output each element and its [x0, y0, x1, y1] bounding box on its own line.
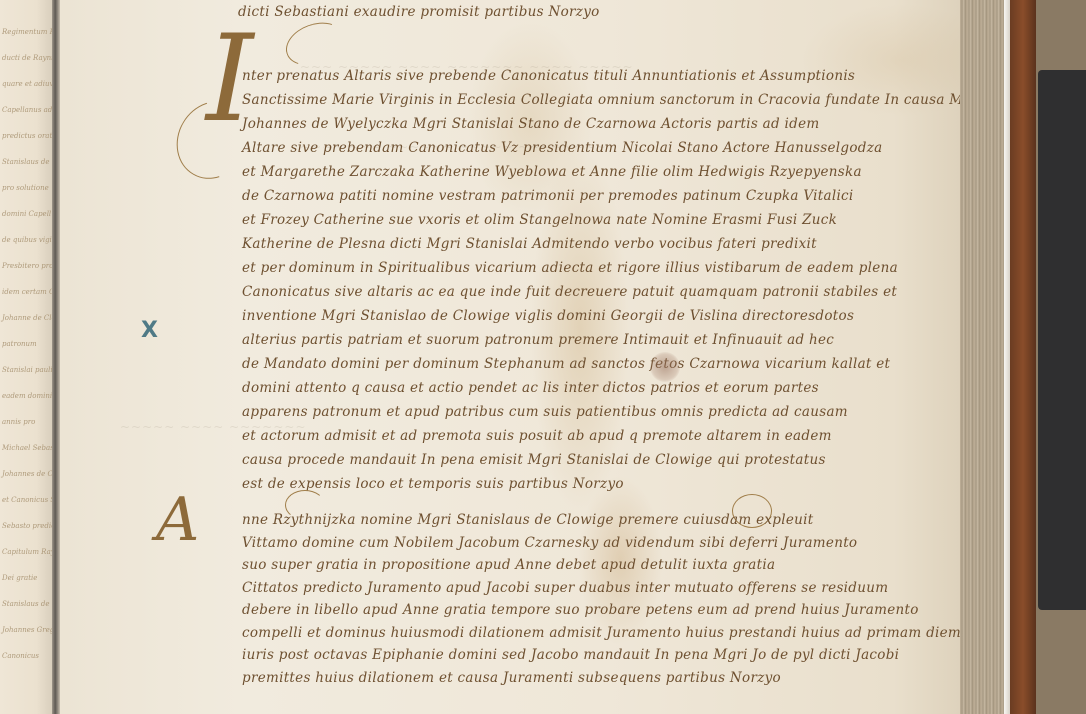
left-page-note: domini Capell [2, 210, 51, 218]
manuscript-line: debere in libello apud Anne gratia tempo… [242, 602, 919, 618]
manuscript-line: nne Rzythnijzka nomine Mgri Stanislaus d… [242, 512, 813, 528]
left-page-note: Johannes de Clow [2, 470, 52, 478]
manuscript-line: Altare sive prebendam Canonicatus Vz pre… [242, 140, 883, 156]
manuscript-line: et actorum admisit et ad premota suis po… [242, 428, 832, 444]
left-page-note: Canonicus [2, 652, 39, 660]
left-page-note: Johannes Gregorij [2, 626, 52, 634]
manuscript-line: causa procede mandauit In pena emisit Mg… [242, 452, 826, 468]
manuscript-line: domini attento q causa et actio pendet a… [242, 380, 819, 396]
header-line: dicti Sebastiani exaudire promisit parti… [238, 4, 600, 20]
leather-binding [1010, 0, 1036, 714]
ink-stain [650, 352, 680, 382]
manuscript-line: Katherine de Plesna dicti Mgri Stanislai… [242, 236, 817, 252]
left-page-note: Capitulum Rayn [2, 548, 52, 556]
manuscript-line: compelli et dominus huiusmodi dilationem… [242, 625, 961, 641]
left-page-note: eadem domini [2, 392, 52, 400]
manuscript-page: ~~~ ~~~~~ ~~~~ ~~~~~~~ ~~~~ ~~~~~ ~~~~ ~… [60, 0, 966, 714]
manuscript-line: nter prenatus Altaris sive prebende Cano… [242, 68, 855, 84]
left-page-note: Johanne de Clemens [2, 314, 52, 322]
manuscript-line: et per dominum in Spiritualibus vicarium… [242, 260, 898, 276]
manuscript-line: Cittatos predicto Juramento apud Jacobi … [242, 580, 888, 596]
left-page-note: et Canonicus Stanisl [2, 496, 52, 504]
manuscript-line: et Frozey Catherine sue vxoris et olim S… [242, 212, 837, 228]
manuscript-line: Canonicatus sive altaris ac ea que inde … [242, 284, 897, 300]
manuscript-line: de Czarnowa patiti nomine vestram patrim… [242, 188, 854, 204]
manuscript-line: alterius partis patriam et suorum patron… [242, 332, 834, 348]
manuscript-line: iuris post octavas Epiphanie domini sed … [242, 647, 899, 663]
left-page-note: predictus oratio [2, 132, 52, 140]
left-page-note: Stanislaus de Gorly [2, 600, 52, 608]
manuscript-line: Johannes de Wyelyczka Mgri Stanislai Sta… [242, 116, 820, 132]
left-page-note: ducti de Rayning [2, 54, 52, 62]
manuscript-line: de Mandato domini per dominum Stephanum … [242, 356, 890, 372]
left-page-note: quare et adiuvar [2, 80, 52, 88]
left-page-note: Sebasto predictus [2, 522, 52, 530]
left-page-note: Presbitero pro [2, 262, 52, 270]
manuscript-line: suo super gratia in propositione apud An… [242, 557, 775, 573]
book-page-edges [960, 0, 1008, 714]
left-page-note: pro solutione [2, 184, 49, 192]
book-gutter [52, 0, 60, 714]
manuscript-line: premittes huius dilationem et causa Jura… [242, 670, 781, 686]
left-page-note: Dei gratie [2, 574, 37, 582]
manuscript-line: Vittamo domine cum Nobilem Jacobum Czarn… [242, 535, 857, 551]
left-page-note: Capellanus ad hanc [2, 106, 52, 114]
manuscript-line: et Margarethe Zarczaka Katherine Wyeblow… [242, 164, 862, 180]
left-page-note: Michael Sebastian [2, 444, 52, 452]
left-page-note: patronum [2, 340, 37, 348]
left-page-note: annis pro [2, 418, 35, 426]
manuscript-line: apparens patronum et apud patribus cum s… [242, 404, 848, 420]
book-support-clamp [1038, 70, 1086, 610]
margin-mark: X [141, 318, 158, 343]
left-page-note: Regimentum Reg [2, 28, 52, 36]
left-facing-page: Regimentum Regducti de Rayningquare et a… [0, 0, 52, 714]
left-page-note: Stanislaus de Clow [2, 158, 52, 166]
left-page-note: idem certam Cappell [2, 288, 52, 296]
left-page-note: Stanislai pauli [2, 366, 52, 374]
decorative-initial-2: A [156, 490, 199, 550]
manuscript-line: Sanctissime Marie Virginis in Ecclesia C… [242, 92, 966, 108]
manuscript-line: inventione Mgri Stanislao de Clowige vig… [242, 308, 854, 324]
left-page-note: de quibus vigil [2, 236, 52, 244]
